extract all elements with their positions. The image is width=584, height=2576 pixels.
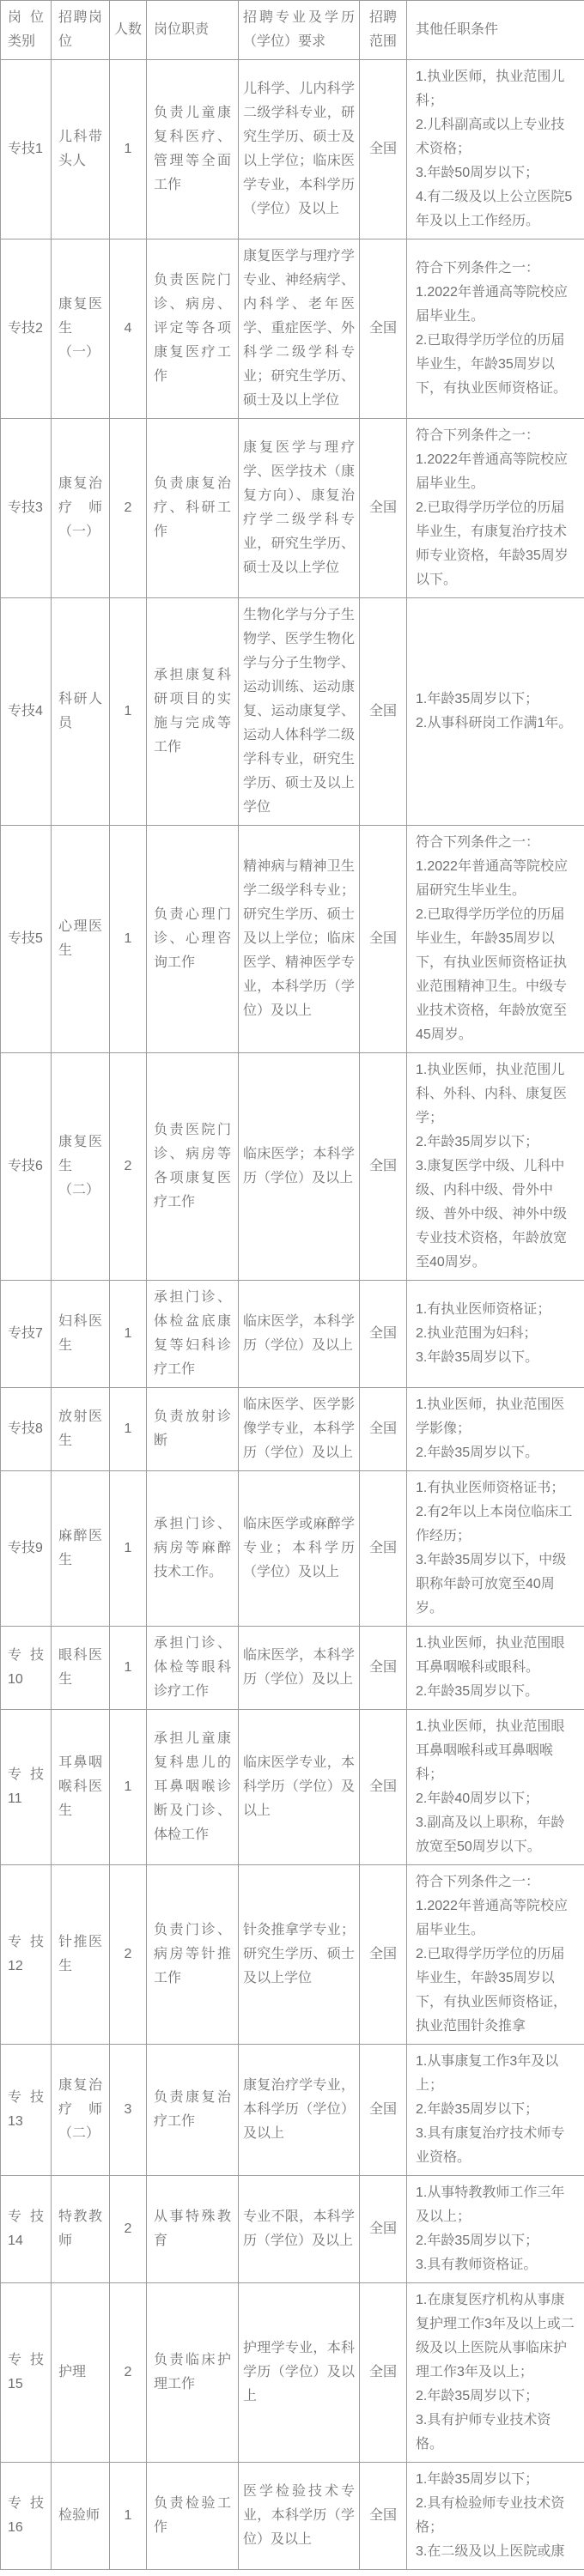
cell-count: 1 (110, 1627, 147, 1710)
cell-major: 康复医学与理疗学专业、神经病学、内科学、老年医学、重症医学、外科学二级学科专业；… (239, 239, 360, 419)
cell-major: 儿科学、儿内科学二级学科专业，研究生学历、硕士及以上学位；临床医学专业，本科学历… (239, 60, 360, 239)
cell-position: 眼科医生 (52, 1627, 110, 1710)
cell-major: 精神病与精神卫生学二级学科专业；研究生学历、硕士及以上学位；临床医学、精神医学专… (239, 826, 360, 1053)
cell-scope: 全国 (360, 1865, 407, 2045)
table-row: 专技11耳鼻咽喉科医生1承担儿童康复科患儿的耳鼻咽喉诊断及门诊、体检工作临床医学… (1, 1710, 584, 1865)
cell-category: 专技12 (1, 1865, 52, 2045)
column-header-category: 岗位类别 (1, 1, 52, 60)
cell-scope: 全国 (360, 826, 407, 1053)
cell-position: 儿科带头人 (52, 60, 110, 239)
cell-major: 专业不限，本科学历（学位）及以上 (239, 2176, 360, 2283)
cell-scope: 全国 (360, 598, 407, 826)
cell-duties: 承担门诊、体检盆底康复等妇科诊疗工作 (147, 1281, 239, 1388)
cell-major: 医学检验技术专业，本科学历（学位）及以上 (239, 2463, 360, 2570)
cell-duties: 负责放射诊断 (147, 1388, 239, 1471)
cell-duties: 负责康复治疗工作 (147, 2045, 239, 2176)
cell-scope: 全国 (360, 1710, 407, 1865)
cell-major: 康复治疗学专业，本科学历（学位）及以上 (239, 2045, 360, 2176)
cell-scope: 全国 (360, 2463, 407, 2570)
cell-scope: 全国 (360, 2176, 407, 2283)
cell-duties: 负责门诊、病房等针推工作 (147, 1865, 239, 2045)
table-body: 专技1儿科带头人1负责儿童康复科医疗、管理等全面工作儿科学、儿内科学二级学科专业… (1, 60, 584, 2570)
cell-scope: 全国 (360, 419, 407, 598)
table-row: 专技3康复治疗师（一）2负责康复治疗、科研工作康复医学与理疗学、医学技术（康复方… (1, 419, 584, 598)
cell-count: 1 (110, 1471, 147, 1627)
cell-position: 科研人员 (52, 598, 110, 826)
cell-duties: 承担儿童康复科患儿的耳鼻咽喉诊断及门诊、体检工作 (147, 1710, 239, 1865)
cell-category: 专技14 (1, 2176, 52, 2283)
column-header-scope: 招聘范围 (360, 1, 407, 60)
cell-count: 2 (110, 1865, 147, 2045)
cell-conditions: 1.从事康复工作3年及以上； 2.年龄35周岁以下； 3.具有康复治疗技术师专业… (407, 2045, 584, 2176)
cell-count: 2 (110, 2283, 147, 2463)
cell-conditions: 符合下列条件之一： 1.2022年普通高等院校应届毕业生。 2.已取得学历学位的… (407, 419, 584, 598)
cell-category: 专技15 (1, 2283, 52, 2463)
cell-conditions: 符合下列条件之一： 1.2022年普通高等院校应届研究生毕业生。 2.已取得学历… (407, 826, 584, 1053)
cell-count: 1 (110, 598, 147, 826)
cell-position: 护理 (52, 2283, 110, 2463)
cell-scope: 全国 (360, 2283, 407, 2463)
cell-category: 专技16 (1, 2463, 52, 2570)
cell-duties: 负责儿童康复科医疗、管理等全面工作 (147, 60, 239, 239)
cell-conditions: 1.有执业医师资格证书； 2.有2年以上本岗位临床工作经历； 3.年龄35周岁以… (407, 1471, 584, 1627)
table-row: 专技12针推医生2负责门诊、病房等针推工作针灸推拿学专业；研究生学历、硕士及以上… (1, 1865, 584, 2045)
cell-scope: 全国 (360, 2045, 407, 2176)
cell-count: 1 (110, 2463, 147, 2570)
cell-major: 护理学专业，本科学历（学位）及以上 (239, 2283, 360, 2463)
cell-category: 专技1 (1, 60, 52, 239)
cell-count: 2 (110, 2176, 147, 2283)
cell-duties: 负责检验工作 (147, 2463, 239, 2570)
cell-category: 专技2 (1, 239, 52, 419)
cell-position: 妇科医生 (52, 1281, 110, 1388)
cell-count: 4 (110, 239, 147, 419)
cell-scope: 全国 (360, 1627, 407, 1710)
cell-major: 临床医学；本科学历（学位）及以上 (239, 1053, 360, 1281)
cell-count: 1 (110, 1710, 147, 1865)
cell-count: 1 (110, 826, 147, 1053)
cell-category: 专技8 (1, 1388, 52, 1471)
table-row: 专技15护理2负责临床护理工作护理学专业，本科学历（学位）及以上全国1.在康复医… (1, 2283, 584, 2463)
cell-conditions: 1.年龄35周岁以下； 2.具有检验师专业技术资格； 3.在二级及以上医院或康 (407, 2463, 584, 2570)
table-row: 专技5心理医生1负责心理门诊、心理咨询工作精神病与精神卫生学二级学科专业；研究生… (1, 826, 584, 1053)
cell-duties: 从事特殊教育 (147, 2176, 239, 2283)
cell-position: 放射医生 (52, 1388, 110, 1471)
column-header-count: 人数 (110, 1, 147, 60)
cell-scope: 全国 (360, 1053, 407, 1281)
column-header-duties: 岗位职责 (147, 1, 239, 60)
cell-scope: 全国 (360, 1281, 407, 1388)
cell-major: 针灸推拿学专业；研究生学历、硕士及以上学位 (239, 1865, 360, 2045)
table-row: 专技7妇科医生1承担门诊、体检盆底康复等妇科诊疗工作临床医学，本科学历（学位）及… (1, 1281, 584, 1388)
table-row: 专技4科研人员1承担康复科研项目的实施与完成等工作生物化学与分子生物学、医学生物… (1, 598, 584, 826)
cell-major: 临床医学、医学影像学专业，本科学历（学位）及以上 (239, 1388, 360, 1471)
cell-duties: 承担门诊、病房等麻醉技术工作。 (147, 1471, 239, 1627)
header-row: 岗位类别招聘岗位人数岗位职责招聘专业及学历（学位）要求招聘范围其他任职条件 (1, 1, 584, 60)
cell-conditions: 1.执业医师，执业范围儿科、外科、内科、康复医学； 2.年龄35周岁以下； 3.… (407, 1053, 584, 1281)
cell-conditions: 1.年龄35周岁以下； 2.从事科研岗工作满1年。 (407, 598, 584, 826)
cell-conditions: 1.执业医师，执业范围儿科； 2.儿科副高或以上专业技术资格； 3.年龄50周岁… (407, 60, 584, 239)
table-row: 专技14特教教师2从事特殊教育专业不限，本科学历（学位）及以上全国1.从事特教教… (1, 2176, 584, 2283)
cell-position: 检验师 (52, 2463, 110, 2570)
cell-conditions: 1.执业医师，执业范围眼耳鼻咽喉科或眼科。 2.年龄35周岁以下。 (407, 1627, 584, 1710)
cell-scope: 全国 (360, 1388, 407, 1471)
cell-conditions: 1.执业医师，执业范围眼耳鼻咽喉科或耳鼻咽喉科； 2.年龄40周岁以下； 3.副… (407, 1710, 584, 1865)
cell-major: 生物化学与分子生物学、医学生物化学与分子生物学、运动训练、运动康复、运动康复学、… (239, 598, 360, 826)
cell-category: 专技9 (1, 1471, 52, 1627)
table-row: 专技1儿科带头人1负责儿童康复科医疗、管理等全面工作儿科学、儿内科学二级学科专业… (1, 60, 584, 239)
cell-position: 康复医生（二） (52, 1053, 110, 1281)
cell-major: 临床医学专业，本科学历（学位）及以上 (239, 1710, 360, 1865)
table-row: 专技16检验师1负责检验工作医学检验技术专业，本科学历（学位）及以上全国1.年龄… (1, 2463, 584, 2570)
recruitment-table-page: 岗位类别招聘岗位人数岗位职责招聘专业及学历（学位）要求招聘范围其他任职条件 专技… (0, 0, 584, 2576)
table-row: 专技10眼科医生1承担门诊、体检等眼科诊疗工作临床医学，本科学历（学位）及以上全… (1, 1627, 584, 1710)
cell-major: 临床医学或麻醉学专业；本科学历（学位）及以上 (239, 1471, 360, 1627)
cell-duties: 负责心理门诊、心理咨询工作 (147, 826, 239, 1053)
cell-category: 专技3 (1, 419, 52, 598)
cell-count: 1 (110, 60, 147, 239)
cell-position: 康复医生（一） (52, 239, 110, 419)
cell-position: 特教教师 (52, 2176, 110, 2283)
cell-duties: 负责医院门诊、病房、评定等各项康复医疗工作 (147, 239, 239, 419)
cell-scope: 全国 (360, 239, 407, 419)
cell-position: 麻醉医生 (52, 1471, 110, 1627)
table-row: 专技6康复医生（二）2负责医院门诊、病房等各项康复医疗工作临床医学；本科学历（学… (1, 1053, 584, 1281)
cell-count: 2 (110, 1053, 147, 1281)
cell-count: 1 (110, 1388, 147, 1471)
table-header: 岗位类别招聘岗位人数岗位职责招聘专业及学历（学位）要求招聘范围其他任职条件 (1, 1, 584, 60)
cell-conditions: 符合下列条件之一： 1.2022年普通高等院校应届毕业生。 2.已取得学历学位的… (407, 239, 584, 419)
cell-count: 2 (110, 419, 147, 598)
cell-category: 专技10 (1, 1627, 52, 1710)
table-row: 专技13康复治疗师（二）3负责康复治疗工作康复治疗学专业，本科学历（学位）及以上… (1, 2045, 584, 2176)
cell-major: 临床医学，本科学历（学位）及以上 (239, 1627, 360, 1710)
cell-count: 1 (110, 1281, 147, 1388)
cell-category: 专技5 (1, 826, 52, 1053)
cell-scope: 全国 (360, 60, 407, 239)
cell-category: 专技13 (1, 2045, 52, 2176)
cell-position: 心理医生 (52, 826, 110, 1053)
cell-category: 专技11 (1, 1710, 52, 1865)
cell-duties: 负责康复治疗、科研工作 (147, 419, 239, 598)
cell-conditions: 1.在康复医疗机构从事康复护理工作3年及以上或二级及以上医院从事临床护理工作3年… (407, 2283, 584, 2463)
cell-conditions: 符合下列条件之一： 1.2022年普通高等院校应届毕业生。 2.已取得学历学位的… (407, 1865, 584, 2045)
cell-category: 专技4 (1, 598, 52, 826)
cell-position: 针推医生 (52, 1865, 110, 2045)
recruitment-table: 岗位类别招聘岗位人数岗位职责招聘专业及学历（学位）要求招聘范围其他任职条件 专技… (0, 0, 584, 2570)
cell-major: 临床医学，本科学历（学位）及以上 (239, 1281, 360, 1388)
cell-duties: 承担康复科研项目的实施与完成等工作 (147, 598, 239, 826)
cell-position: 康复治疗师（一） (52, 419, 110, 598)
table-row: 专技8放射医生1负责放射诊断临床医学、医学影像学专业，本科学历（学位）及以上全国… (1, 1388, 584, 1471)
cell-category: 专技7 (1, 1281, 52, 1388)
column-header-position: 招聘岗位 (52, 1, 110, 60)
cell-duties: 承担门诊、体检等眼科诊疗工作 (147, 1627, 239, 1710)
cell-position: 康复治疗师（二） (52, 2045, 110, 2176)
cell-conditions: 1.从事特教教师工作三年及以上； 2.年龄35周岁以下； 3.具有教师资格证。 (407, 2176, 584, 2283)
cell-scope: 全国 (360, 1471, 407, 1627)
cell-duties: 负责临床护理工作 (147, 2283, 239, 2463)
table-row: 专技2康复医生（一）4负责医院门诊、病房、评定等各项康复医疗工作康复医学与理疗学… (1, 239, 584, 419)
cell-major: 康复医学与理疗学、医学技术（康复方向）、康复治疗学二级学科专业，研究生学历、硕士… (239, 419, 360, 598)
cell-category: 专技6 (1, 1053, 52, 1281)
column-header-major: 招聘专业及学历（学位）要求 (239, 1, 360, 60)
cell-position: 耳鼻咽喉科医生 (52, 1710, 110, 1865)
cell-conditions: 1.执业医师，执业范围医学影像； 2.年龄35周岁以下。 (407, 1388, 584, 1471)
cell-count: 3 (110, 2045, 147, 2176)
column-header-other-conditions: 其他任职条件 (407, 1, 584, 60)
cell-conditions: 1.有执业医师资格证； 2.执业范围为妇科； 3.年龄35周岁以下。 (407, 1281, 584, 1388)
cell-duties: 负责医院门诊、病房等各项康复医疗工作 (147, 1053, 239, 1281)
table-row: 专技9麻醉医生1承担门诊、病房等麻醉技术工作。临床医学或麻醉学专业；本科学历（学… (1, 1471, 584, 1627)
